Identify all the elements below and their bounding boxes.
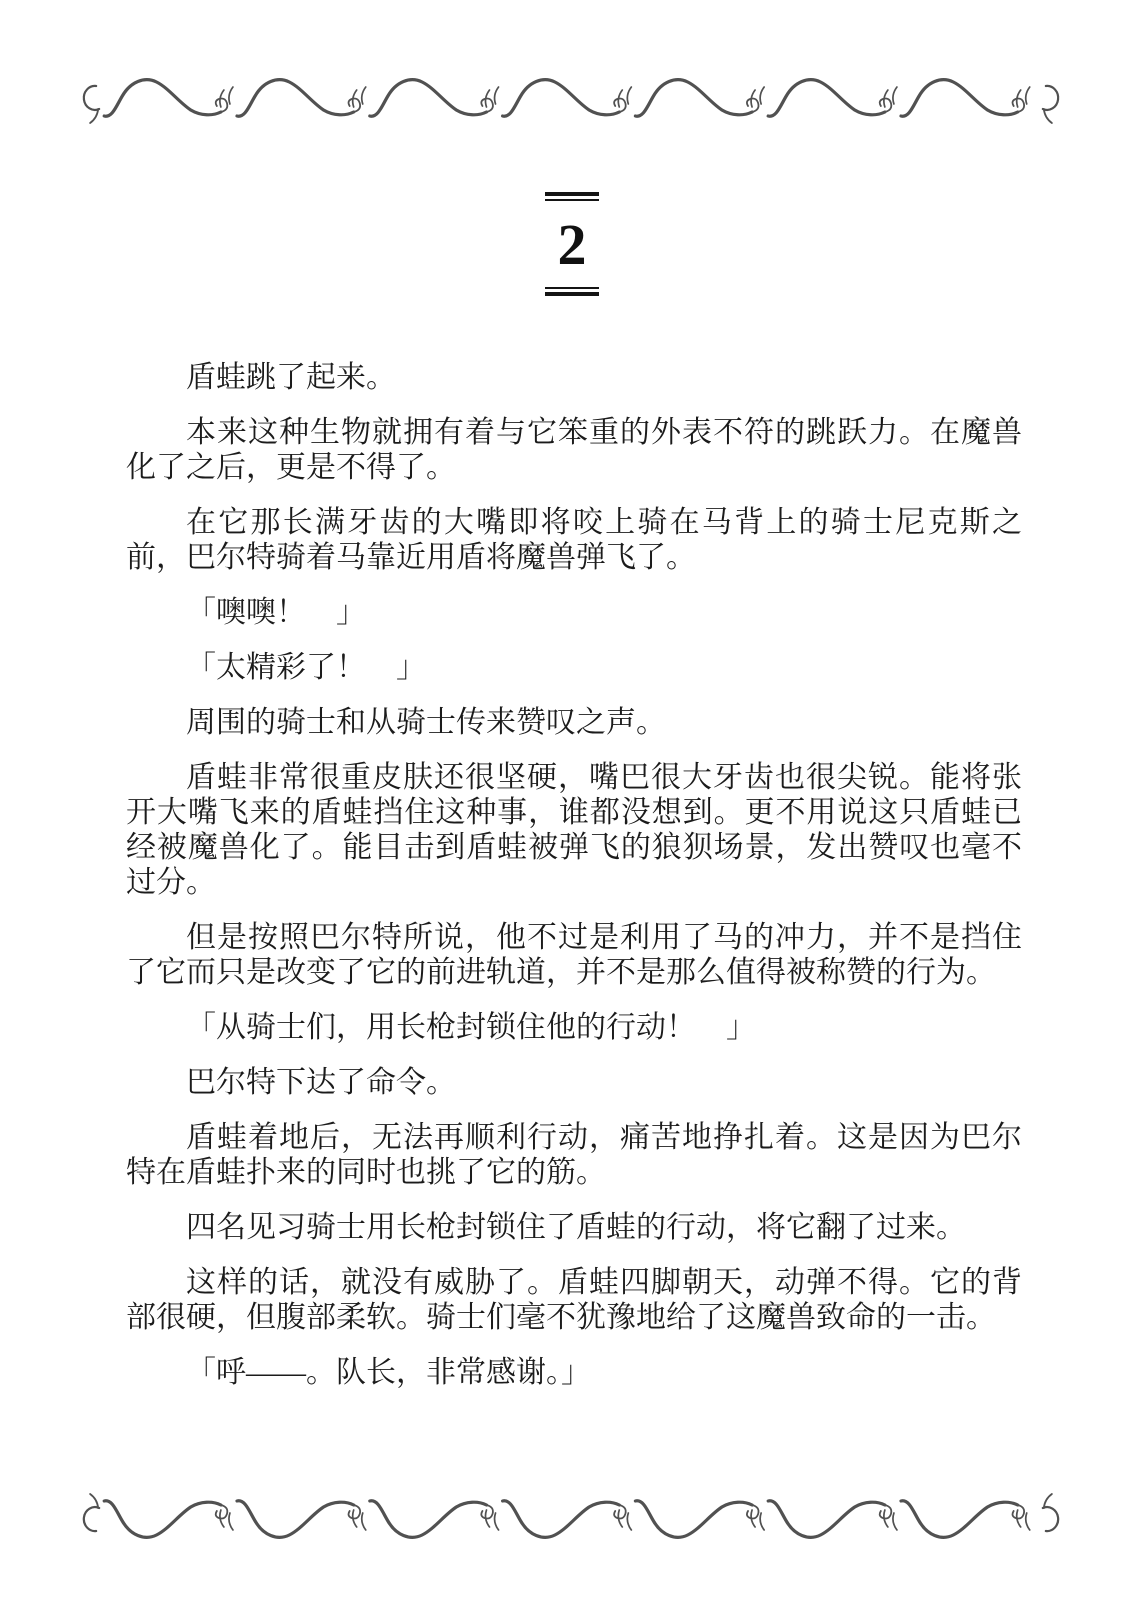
book-page: 2 盾蛙跳了起来。 本来这种生物就拥有着与它笨重的外表不符的跳跃力。在魔兽化了之… (0, 0, 1144, 1617)
chapter-text: 盾蛙跳了起来。 本来这种生物就拥有着与它笨重的外表不符的跳跃力。在魔兽化了之后，… (126, 360, 1022, 1390)
paragraph: 本来这种生物就拥有着与它笨重的外表不符的跳跃力。在魔兽化了之后，更是不得了。 (126, 415, 1022, 485)
paragraph: 这样的话，就没有威胁了。盾蛙四脚朝天，动弹不得。它的背部很硬，但腹部柔软。骑士们… (126, 1265, 1022, 1335)
paragraph: 但是按照巴尔特所说，他不过是利用了马的冲力，并不是挡住了它而只是改变了它的前进轨… (126, 920, 1022, 990)
paragraph: 盾蛙着地后，无法再顺利行动，痛苦地挣扎着。这是因为巴尔特在盾蛙扑来的同时也挑了它… (126, 1120, 1022, 1190)
ornamental-border-bottom-icon (72, 1489, 1072, 1545)
paragraph-dialogue: 「呼——。队长，非常感谢。」 (126, 1355, 1022, 1390)
chapter-rule-top-thick (545, 192, 599, 196)
paragraph: 周围的骑士和从骑士传来赞叹之声。 (126, 705, 1022, 740)
paragraph-dialogue: 「从骑士们，用长枪封锁住他的行动！ 」 (126, 1010, 1022, 1045)
paragraph: 盾蛙跳了起来。 (126, 360, 1022, 395)
paragraph: 盾蛙非常很重皮肤还很坚硬，嘴巴很大牙齿也很尖锐。能将张开大嘴飞来的盾蛙挡住这种事… (126, 760, 1022, 900)
paragraph-dialogue: 「太精彩了！ 」 (126, 650, 1022, 685)
chapter-header: 2 (0, 192, 1144, 296)
paragraph: 在它那长满牙齿的大嘴即将咬上骑在马背上的骑士尼克斯之前，巴尔特骑着马靠近用盾将魔… (126, 505, 1022, 575)
chapter-rule-bottom-thick (545, 292, 599, 296)
chapter-rule-bottom-thin (545, 287, 599, 289)
chapter-number: 2 (0, 201, 1144, 287)
paragraph: 四名见习骑士用长枪封锁住了盾蛙的行动，将它翻了过来。 (126, 1210, 1022, 1245)
ornamental-border-top-icon (72, 72, 1072, 128)
paragraph-dialogue: 「噢噢！ 」 (126, 595, 1022, 630)
paragraph: 巴尔特下达了命令。 (126, 1065, 1022, 1100)
